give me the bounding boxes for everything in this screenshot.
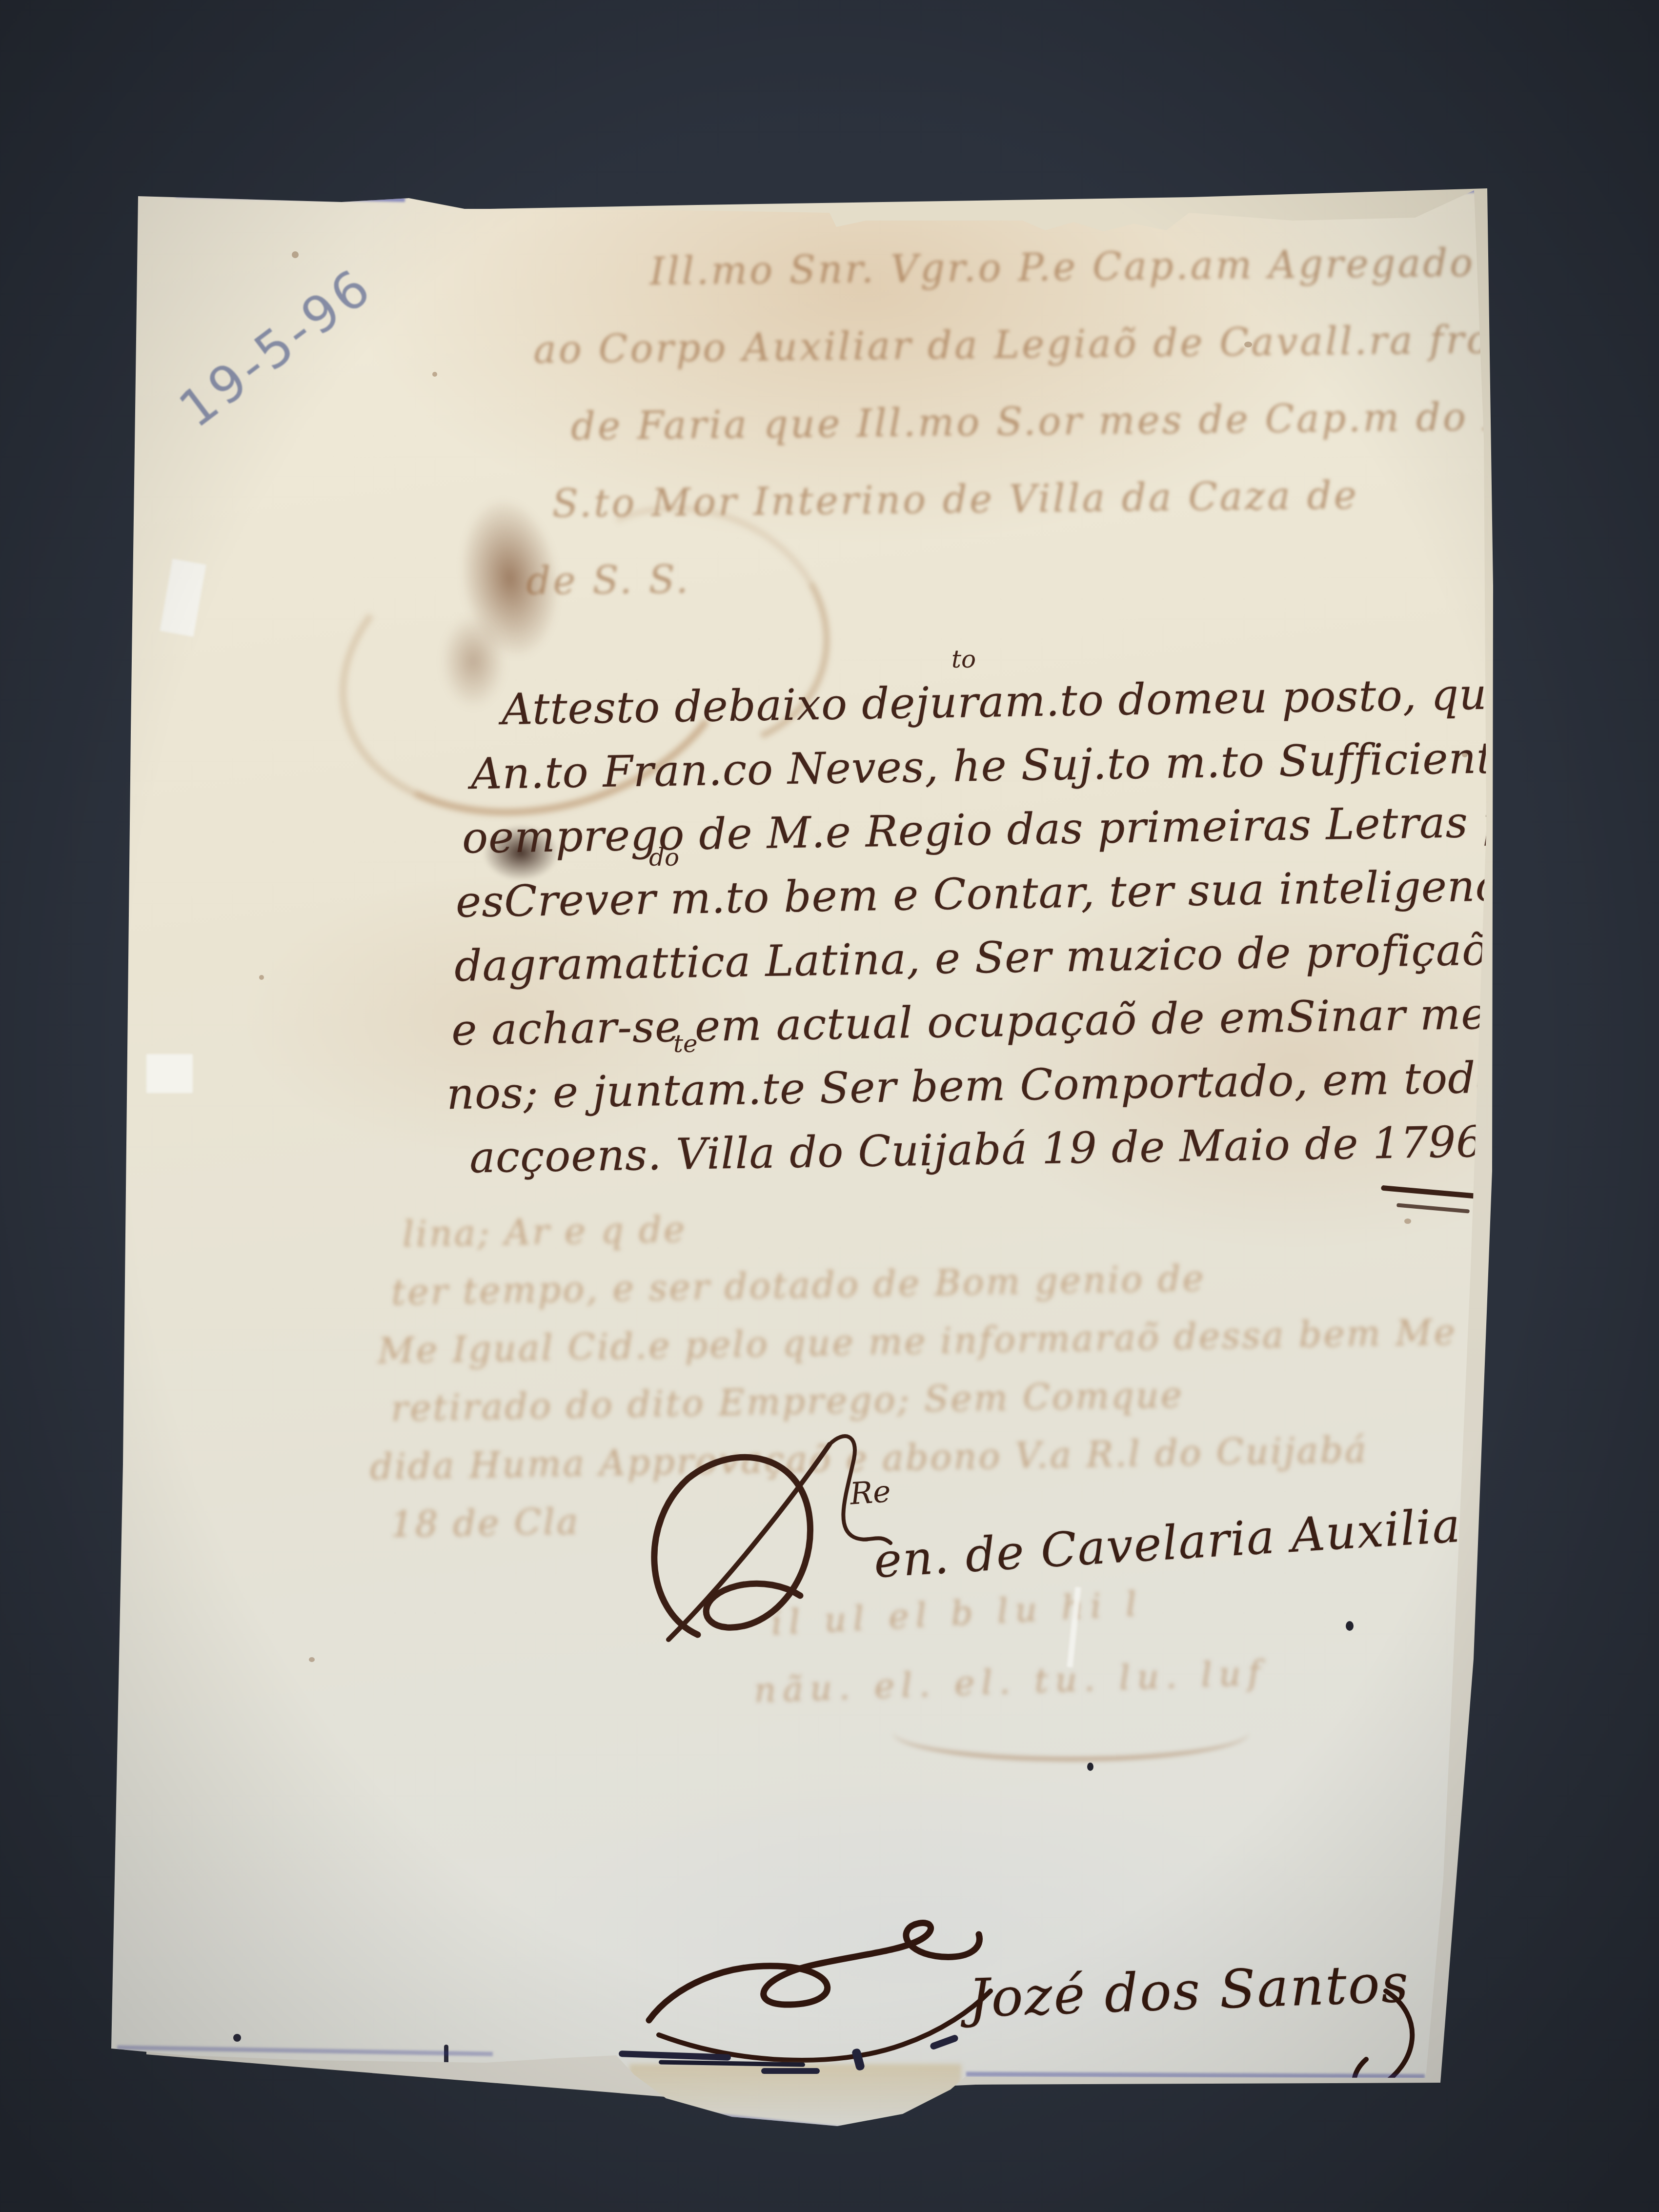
ghost-line: nãu. el. el. tu. lu. luf xyxy=(753,1653,1268,1711)
body-paragraph: Attesto debaixo dejuram.to domeu posto, … xyxy=(455,661,1565,1189)
stain-speck xyxy=(259,975,264,980)
scratch-mark xyxy=(146,1054,193,1093)
header-block: Ill.mo Snr. Vgr.o P.e Cap.am Agregado ao… xyxy=(510,224,1539,620)
ghost-stroke xyxy=(893,1703,1249,1762)
pencil-date-annotation: 19-5-96 xyxy=(168,227,427,446)
stain-speck xyxy=(309,1657,315,1662)
stain-speck xyxy=(292,251,299,258)
superscript-abbrev: te xyxy=(673,1030,698,1058)
pin-hole xyxy=(1346,1621,1354,1631)
header-line: ao Corpo Auxiliar da Legiaõ de Cavall.ra… xyxy=(533,301,1537,389)
pin-hole xyxy=(1087,1763,1093,1771)
superscript-abbrev: to xyxy=(951,645,976,673)
header-line: de S. S. xyxy=(526,532,1539,620)
paper-tear-shadow xyxy=(761,2068,820,2074)
signature-rank-superscript: Re xyxy=(849,1473,892,1512)
header-line: S.to Mor Interino de Villa da Caza de xyxy=(552,455,1538,543)
blue-edge-fringe xyxy=(176,193,405,202)
stain-speck xyxy=(432,372,437,377)
paper-sheet-front: lina; Ar e q de ter tempo, e ser dotado … xyxy=(0,0,1659,2212)
scratch-mark xyxy=(160,559,206,637)
header-line: de Faria que Ill.mo S.or mes de Cap.m do… xyxy=(570,378,1538,466)
paper-tear-spot xyxy=(233,2034,241,2042)
header-line: Ill.mo Snr. Vgr.o P.e Cap.am Agregado xyxy=(649,224,1536,310)
superscript-abbrev: do xyxy=(649,843,679,872)
document-photo: lina; Ar e q de ter tempo, e ser dotado … xyxy=(0,0,1659,2212)
